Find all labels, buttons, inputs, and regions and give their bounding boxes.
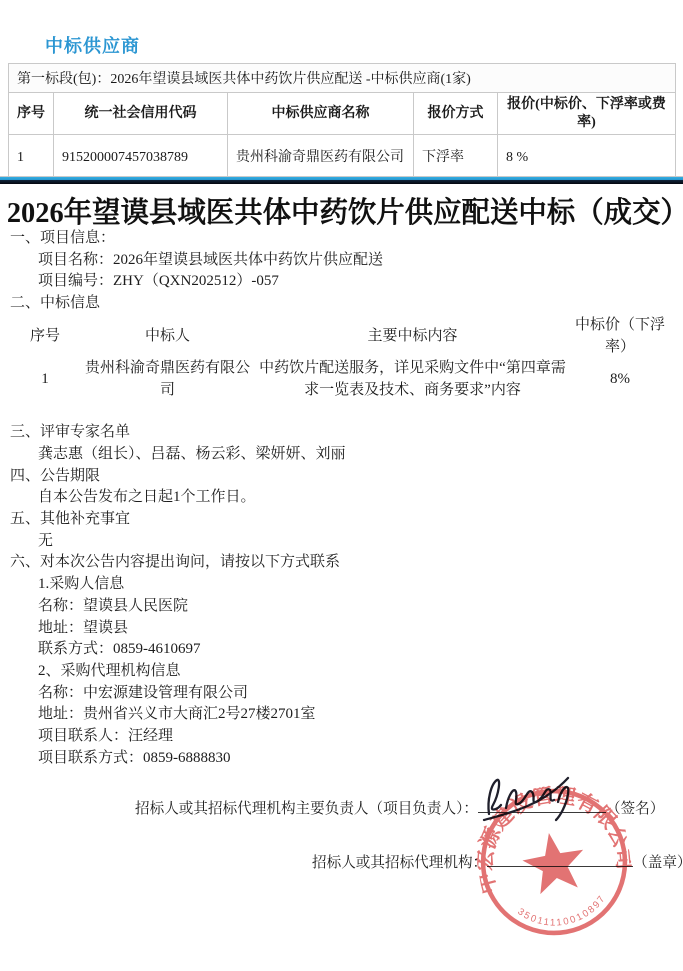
section2-title: 二、中标信息 <box>10 293 674 315</box>
award-table: 序号 中标人 主要中标内容 中标价（下浮率） 1 贵州科渝奇鼎医药有限公司 中药… <box>10 315 670 401</box>
signature-blank-line <box>478 799 606 813</box>
svg-text:35011110010897: 35011110010897 <box>514 891 612 936</box>
agency-address: 地址：贵州省兴义市大商汇2号27楼2701室 <box>10 704 674 726</box>
announcement-title: 2026年望谟县域医共体中药饮片供应配送中标（成交）公示 <box>7 190 676 231</box>
section5-title: 五、其他补充事宜 <box>10 509 674 531</box>
document-page: 中标供应商 第一标段(包)：2026年望谟县域医共体中药饮片供应配送 -中标供应… <box>0 0 683 971</box>
table-band-row: 第一标段(包)：2026年望谟县域医共体中药饮片供应配送 -中标供应商(1家) <box>9 64 676 93</box>
award-col-winner: 中标人 <box>80 315 255 358</box>
award-cell-winner: 贵州科渝奇鼎医药有限公司 <box>80 358 255 401</box>
table-header-row: 序号 统一社会信用代码 中标供应商名称 报价方式 报价(中标价、下浮率或费率) <box>9 93 676 135</box>
award-data-row: 1 贵州科渝奇鼎医药有限公司 中药饮片配送服务，详见采购文件中“第四章需求一览表… <box>10 358 670 401</box>
section4-title: 四、公告期限 <box>10 466 674 488</box>
section6-title: 六、对本次公告内容提出询问，请按以下方式联系 <box>10 552 674 574</box>
agency-name: 名称：中宏源建设管理有限公司 <box>10 683 674 705</box>
bid-section-label: 第一标段(包)：2026年望谟县域医共体中药饮片供应配送 -中标供应商(1家) <box>9 64 676 93</box>
signature-line1-suffix: （签名） <box>606 801 664 817</box>
cell-quote-method: 下浮率 <box>414 135 498 182</box>
signature-line1-label: 招标人或其招标代理机构主要负责人（项目负责人）： <box>135 801 478 817</box>
table-row: 1 915200007457038789 贵州科渝奇鼎医药有限公司 下浮率 8 … <box>9 135 676 182</box>
col-header-supplier-name: 中标供应商名称 <box>228 93 414 135</box>
award-col-price: 中标价（下浮率） <box>570 315 670 358</box>
purchaser-info-title: 1.采购人信息 <box>10 574 674 596</box>
section1-title: 一、项目信息： <box>10 228 674 250</box>
cell-supplier-name: 贵州科渝奇鼎医药有限公司 <box>228 135 414 182</box>
seal-number-text: 35011110010897 <box>514 891 612 936</box>
seal-company-text: 中宏源建设管理有限公司 <box>466 774 638 897</box>
agency-contact-phone: 项目联系方式：0859-6888830 <box>10 748 674 770</box>
supplier-table: 第一标段(包)：2026年望谟县域医共体中药饮片供应配送 -中标供应商(1家) … <box>8 63 676 182</box>
col-header-quote-method: 报价方式 <box>414 93 498 135</box>
project-number: 项目编号：ZHY（QXN202512）-057 <box>10 271 674 293</box>
announcement-period: 自本公告发布之日起1个工作日。 <box>10 487 674 509</box>
col-header-quote: 报价(中标价、下浮率或费率) <box>498 93 676 135</box>
award-cell-price: 8% <box>570 358 670 401</box>
other-matters: 无 <box>10 531 674 553</box>
award-cell-seq: 1 <box>10 358 80 401</box>
page-title: 中标供应商 <box>45 32 140 58</box>
col-header-credit-code: 统一社会信用代码 <box>54 93 228 135</box>
section3-title: 三、评审专家名单 <box>10 422 674 444</box>
cell-quote: 8 % <box>498 135 676 182</box>
announcement-body: 一、项目信息： 项目名称：2026年望谟县域医共体中药饮片供应配送 项目编号：Z… <box>10 228 674 769</box>
signature-line2-suffix: （盖章） <box>633 855 683 871</box>
svg-text:中宏源建设管理有限公司: 中宏源建设管理有限公司 <box>466 774 638 897</box>
signature-line2-label: 招标人或其招标代理机构： <box>312 855 487 871</box>
award-cell-content: 中药饮片配送服务，详见采购文件中“第四章需求一览表及技术、商务要求”内容 <box>255 358 570 401</box>
cell-seq: 1 <box>9 135 54 182</box>
signature-line-responsible: 招标人或其招标代理机构主要负责人（项目负责人）：（签名） <box>135 797 664 818</box>
purchaser-contact: 联系方式：0859-4610697 <box>10 639 674 661</box>
project-name: 项目名称：2026年望谟县域医共体中药饮片供应配送 <box>10 250 674 272</box>
agency-info-title: 2、采购代理机构信息 <box>10 661 674 683</box>
purchaser-name: 名称：望谟县人民医院 <box>10 596 674 618</box>
signature-line-agency: 招标人或其招标代理机构：（盖章） <box>312 851 683 872</box>
award-header-row: 序号 中标人 主要中标内容 中标价（下浮率） <box>10 315 670 358</box>
purchaser-address: 地址：望谟县 <box>10 618 674 640</box>
section-divider-bar <box>0 176 683 184</box>
stamp-blank-line <box>487 853 633 867</box>
cell-credit-code: 915200007457038789 <box>54 135 228 182</box>
award-col-seq: 序号 <box>10 315 80 358</box>
expert-list: 龚志惠（组长）、吕磊、杨云彩、梁妍妍、刘丽 <box>10 444 674 466</box>
col-header-seq: 序号 <box>9 93 54 135</box>
agency-contact-person: 项目联系人：汪经理 <box>10 726 674 748</box>
award-col-content: 主要中标内容 <box>255 315 570 358</box>
